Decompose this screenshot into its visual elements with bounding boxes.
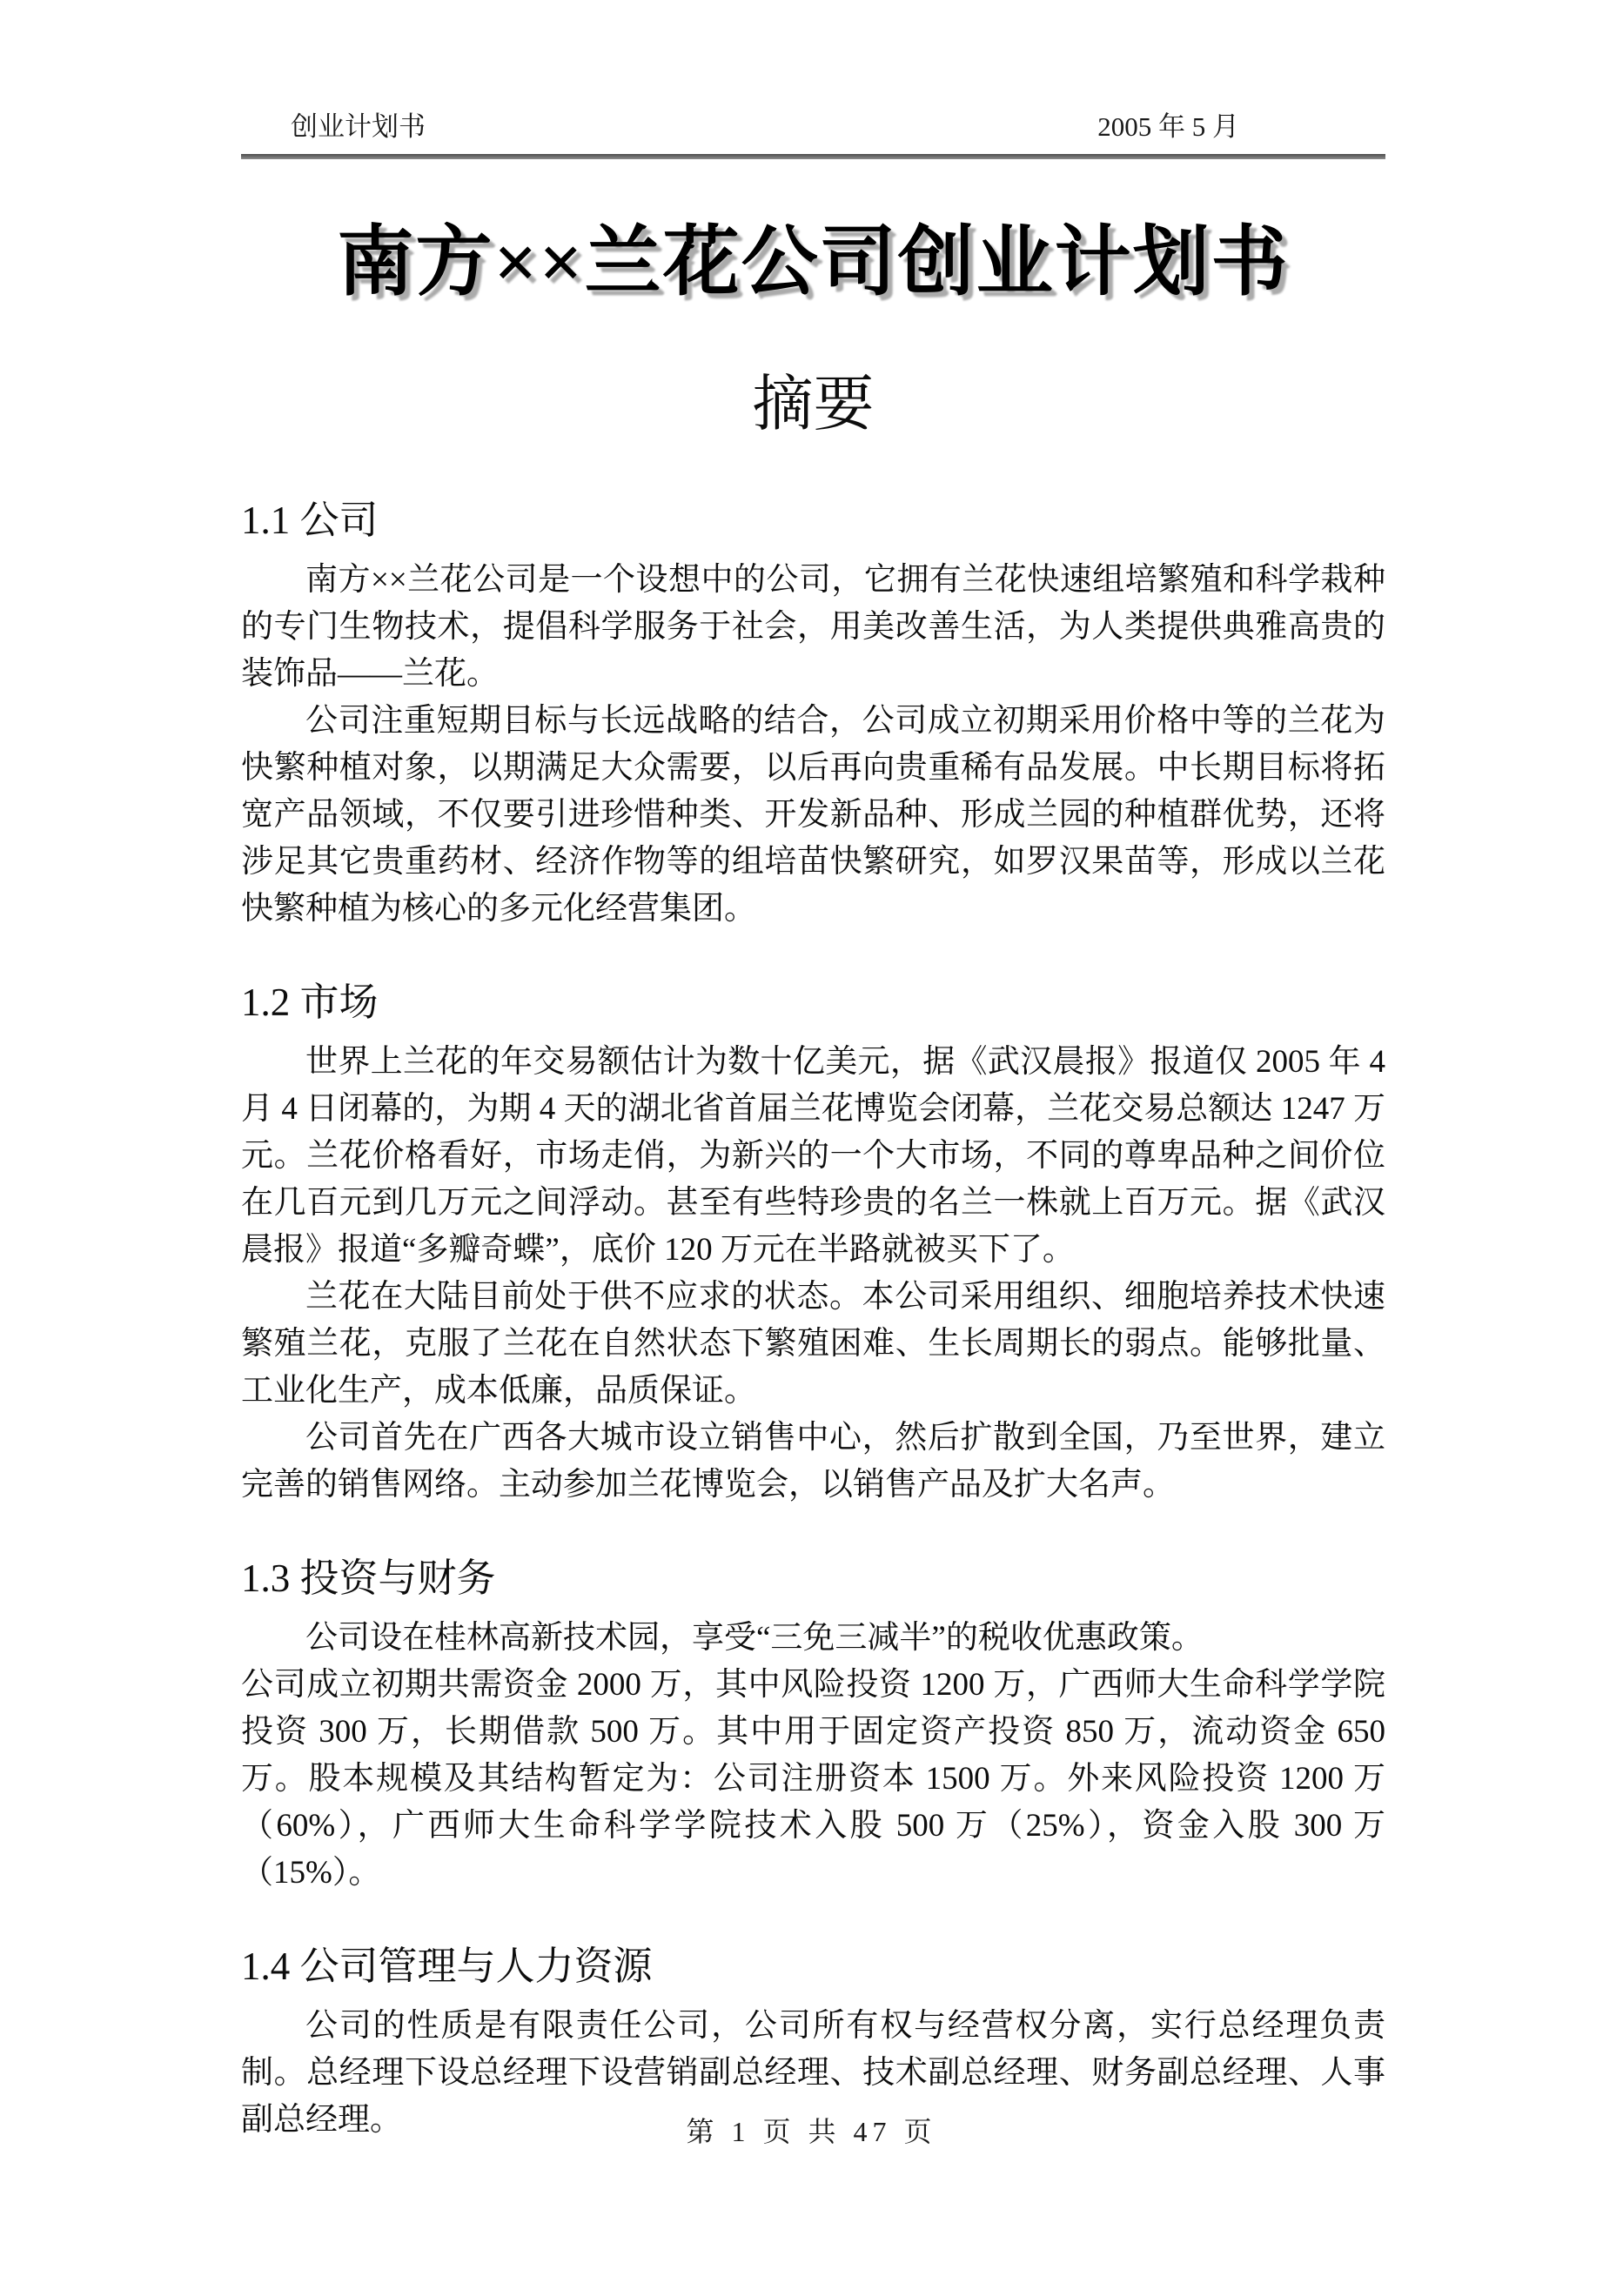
header-date: 2005 年 5 月	[1097, 109, 1239, 145]
section-market: 1.2 市场 世界上兰花的年交易额估计为数十亿美元，据《武汉晨报》报道仅 200…	[241, 976, 1385, 1509]
page-footer: 第 1 页 共 47 页	[0, 2112, 1623, 2151]
header-rule	[241, 154, 1385, 159]
section-heading-1-3: 1.3 投资与财务	[241, 1552, 1385, 1604]
section-heading-1-1: 1.1 公司	[241, 494, 1385, 546]
page-content: 创业计划书 2005 年 5 月 南方××兰花公司创业计划书 摘要 1.1 公司…	[241, 0, 1385, 2144]
body-paragraph: 公司注重短期目标与长远战略的结合，公司成立初期采用价格中等的兰花为快繁种植对象，…	[241, 698, 1385, 933]
document-title: 南方××兰花公司创业计划书	[241, 198, 1385, 329]
document-subtitle: 摘要	[241, 359, 1385, 451]
body-paragraph: 南方××兰花公司是一个设想中的公司，它拥有兰花快速组培繁殖和科学栽种的专门生物技…	[241, 557, 1385, 698]
body-paragraph: 公司成立初期共需资金 2000 万，其中风险投资 1200 万，广西师大生命科学…	[241, 1662, 1385, 1897]
section-heading-1-4: 1.4 公司管理与人力资源	[241, 1940, 1385, 1992]
body-paragraph: 兰花在大陆目前处于供不应求的状态。本公司采用组织、细胞培养技术快速繁殖兰花，克服…	[241, 1274, 1385, 1415]
body-paragraph: 公司设在桂林高新技术园，享受“三免三减半”的税收优惠政策。	[241, 1615, 1385, 1662]
section-company: 1.1 公司 南方××兰花公司是一个设想中的公司，它拥有兰花快速组培繁殖和科学栽…	[241, 494, 1385, 933]
body-paragraph: 世界上兰花的年交易额估计为数十亿美元，据《武汉晨报》报道仅 2005 年 4 月…	[241, 1039, 1385, 1274]
page-header: 创业计划书 2005 年 5 月	[241, 0, 1385, 145]
section-investment-finance: 1.3 投资与财务 公司设在桂林高新技术园，享受“三免三减半”的税收优惠政策。 …	[241, 1552, 1385, 1897]
section-heading-1-2: 1.2 市场	[241, 976, 1385, 1028]
header-doc-type: 创业计划书	[291, 109, 426, 145]
document-page: 创业计划书 2005 年 5 月 南方××兰花公司创业计划书 摘要 1.1 公司…	[0, 0, 1623, 2296]
body-paragraph: 公司首先在广西各大城市设立销售中心，然后扩散到全国，乃至世界，建立完善的销售网络…	[241, 1415, 1385, 1509]
